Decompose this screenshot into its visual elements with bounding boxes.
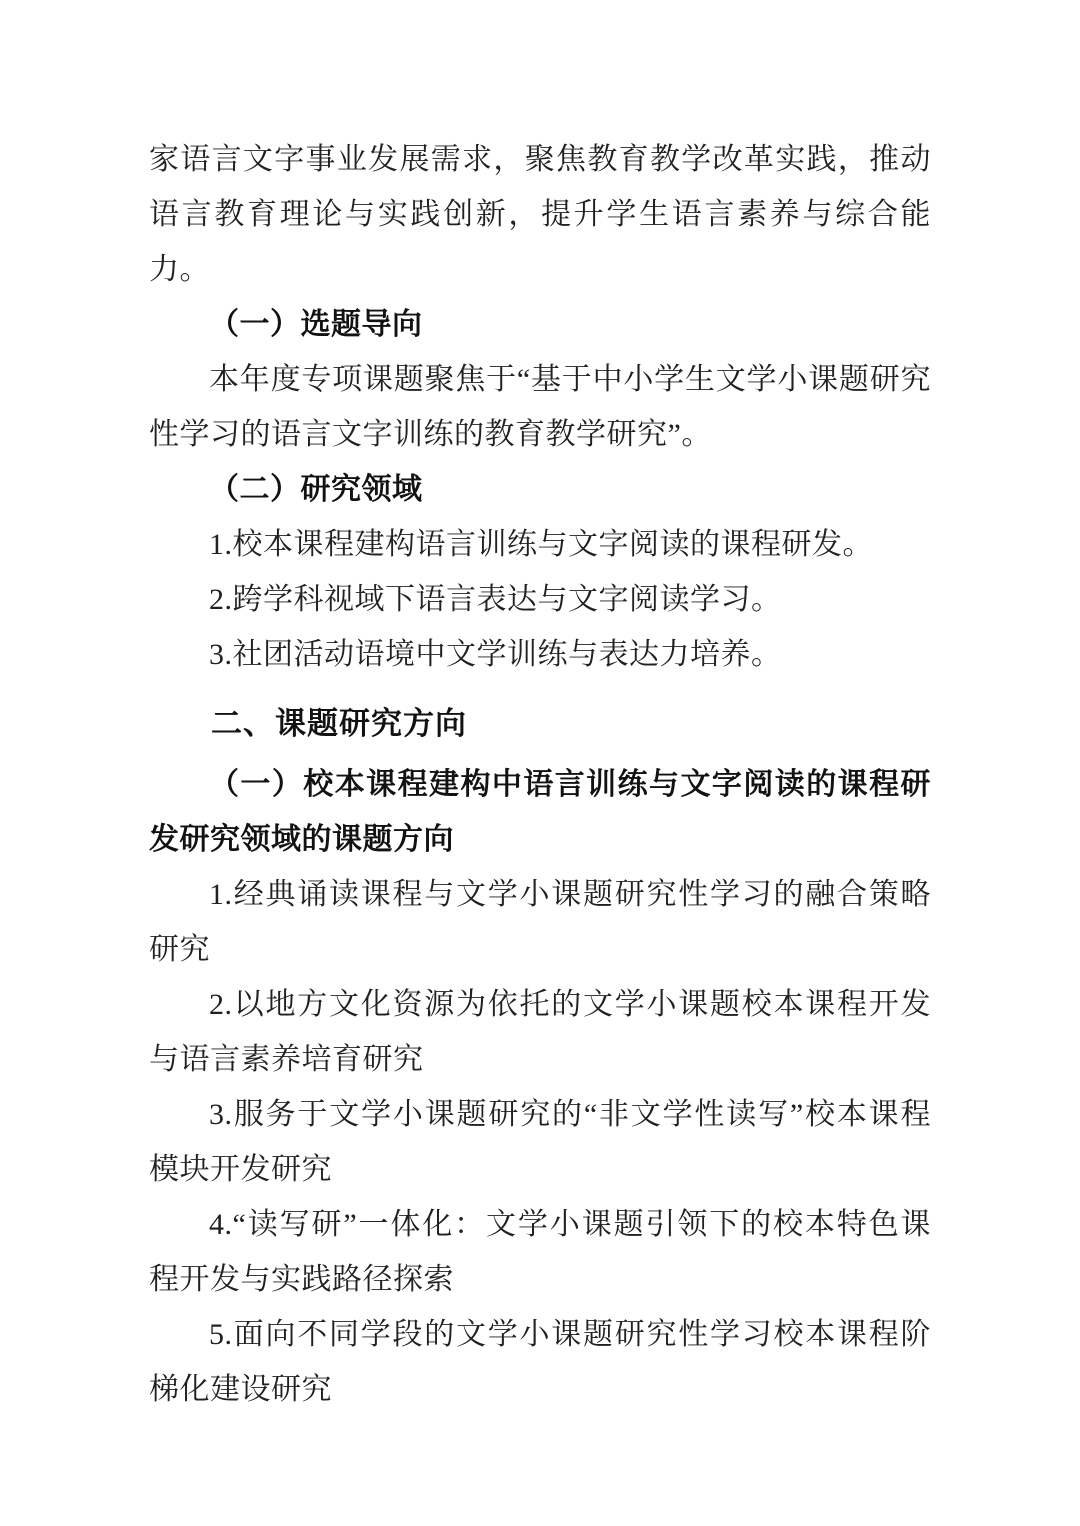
body-paragraph: 本年度专项课题聚焦于“基于中小学生文学小课题研究性学习的语言文字训练的教育教学研… xyxy=(149,352,931,462)
list-item-topic-2: 2.以地方文化资源为依托的文学小课题校本课程开发与语言素养培育研究 xyxy=(149,977,931,1087)
subsection-heading-topic-orientation: （一）选题导向 xyxy=(149,297,931,352)
document-page: 家语言文字事业发展需求，聚焦教育教学改革实践，推动语言教育理论与实践创新，提升学… xyxy=(0,0,1080,1526)
body-paragraph-continuation: 家语言文字事业发展需求，聚焦教育教学改革实践，推动语言教育理论与实践创新，提升学… xyxy=(149,132,931,297)
subsection-heading-research-fields: （二）研究领域 xyxy=(149,462,931,517)
list-item-research-field-2: 2.跨学科视域下语言表达与文字阅读学习。 xyxy=(149,572,931,627)
list-item-topic-4: 4.“读写研”一体化：文学小课题引领下的校本特色课程开发与实践路径探索 xyxy=(149,1197,931,1307)
subsection-heading-direction-field-1: （一）校本课程建构中语言训练与文字阅读的课程研发研究领域的课题方向 xyxy=(149,757,931,867)
document-content: 家语言文字事业发展需求，聚焦教育教学改革实践，推动语言教育理论与实践创新，提升学… xyxy=(149,0,931,1417)
list-item-topic-5: 5.面向不同学段的文学小课题研究性学习校本课程阶梯化建设研究 xyxy=(149,1307,931,1417)
section-heading-research-directions: 二、课题研究方向 xyxy=(149,696,931,751)
list-item-research-field-3: 3.社团活动语境中文学训练与表达力培养。 xyxy=(149,627,931,682)
list-item-topic-1: 1.经典诵读课程与文学小课题研究性学习的融合策略研究 xyxy=(149,867,931,977)
list-item-topic-3: 3.服务于文学小课题研究的“非文学性读写”校本课程模块开发研究 xyxy=(149,1087,931,1197)
list-item-research-field-1: 1.校本课程建构语言训练与文字阅读的课程研发。 xyxy=(149,517,931,572)
